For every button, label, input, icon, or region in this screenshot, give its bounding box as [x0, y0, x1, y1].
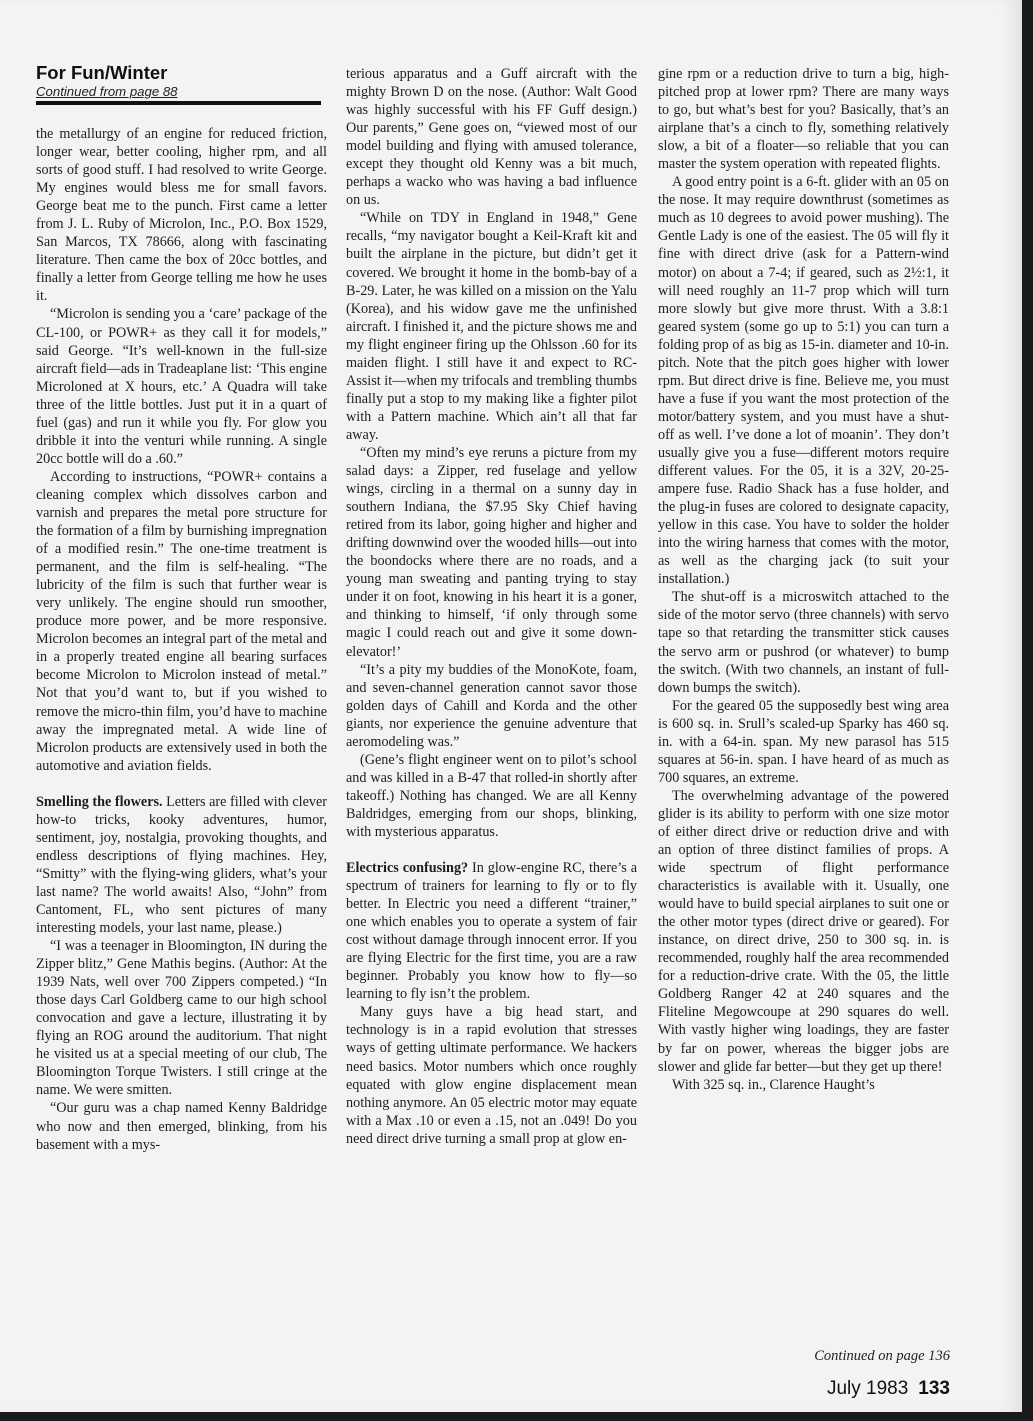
- paragraph: terious apparatus and a Guff aircraft wi…: [346, 65, 637, 209]
- paragraph: Many guys have a big head start, and tec…: [346, 1003, 637, 1147]
- column-1: For Fun/Winter Continued from page 88 th…: [36, 62, 327, 1154]
- section-title: For Fun/Winter: [36, 62, 327, 84]
- paragraph: “Microlon is sending you a ‘care’ packag…: [36, 305, 327, 467]
- paragraph: For the geared 05 the supposedly best wi…: [658, 697, 949, 787]
- paragraph: The shut-off is a microswitch attached t…: [658, 588, 949, 696]
- paragraph: With 325 sq. in., Clarence Haught’s: [658, 1076, 949, 1094]
- paragraph: the metallurgy of an engine for reduced …: [36, 125, 327, 305]
- paragraph: The overwhelming advantage of the powere…: [658, 787, 949, 1076]
- paragraph-subhead: Smelling the flowers. Letters are filled…: [36, 793, 327, 937]
- page-folio: July 1983133: [700, 1378, 950, 1400]
- paragraph: “While on TDY in England in 1948,” Gene …: [346, 209, 637, 444]
- paragraph-subhead: Electrics confusing? In glow-engine RC, …: [346, 859, 637, 1003]
- paragraph: A good entry point is a 6-ft. glider wit…: [658, 173, 949, 588]
- paragraph: According to instructions, “POWR+ contai…: [36, 468, 327, 775]
- paragraph: “Our guru was a chap named Kenny Baldrid…: [36, 1099, 327, 1153]
- paragraph: gine rpm or a reduction drive to turn a …: [658, 65, 949, 173]
- run-in-heading: Electrics confusing?: [346, 860, 468, 876]
- paragraph: “I was a teenager in Bloomington, IN dur…: [36, 937, 327, 1099]
- column-3: gine rpm or a reduction drive to turn a …: [658, 65, 949, 1094]
- continued-from-note: Continued from page 88: [36, 84, 327, 100]
- page-number: 133: [918, 1378, 950, 1399]
- issue-date: July 1983: [827, 1378, 908, 1399]
- paragraph: “It’s a pity my buddies of the MonoKote,…: [346, 661, 637, 751]
- paragraph: (Gene’s flight engineer went on to pilot…: [346, 751, 637, 841]
- run-in-heading: Smelling the flowers.: [36, 794, 163, 810]
- header-rule: [36, 101, 321, 105]
- column-2: terious apparatus and a Guff aircraft wi…: [346, 65, 637, 1148]
- paragraph: “Often my mind’s eye reruns a picture fr…: [346, 444, 637, 661]
- magazine-page: For Fun/Winter Continued from page 88 th…: [0, 0, 1022, 1412]
- continued-on-note: Continued on page 136: [700, 1348, 950, 1365]
